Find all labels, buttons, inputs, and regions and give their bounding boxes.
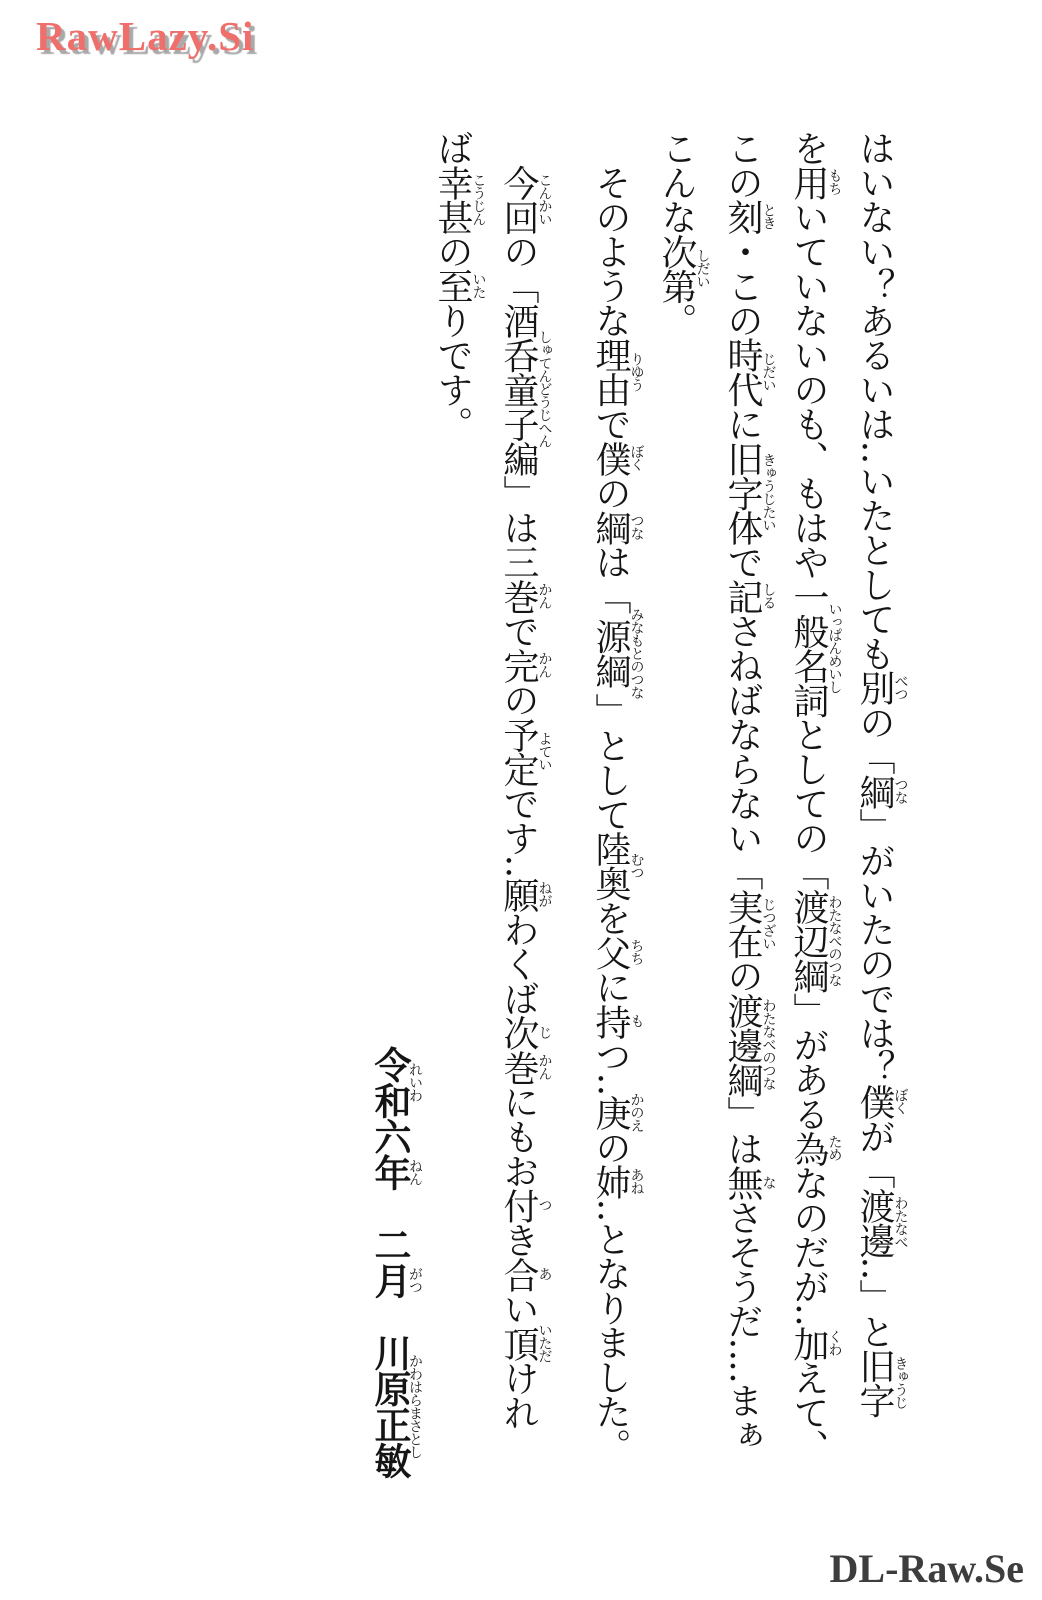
furigana: べつ xyxy=(893,670,908,705)
ruby-base: 巻かん xyxy=(499,1050,539,1085)
ruby-base: 今回こんかい xyxy=(499,165,539,234)
ruby-base: 実在じつざい xyxy=(723,889,763,958)
ruby-base: 合あ xyxy=(499,1257,539,1292)
ruby-base: 陸奥むつ xyxy=(591,831,631,900)
furigana: ため xyxy=(827,1131,842,1166)
furigana: しゅてんどうじへん xyxy=(537,303,552,476)
furigana: しる xyxy=(761,579,776,614)
furigana: こんかい xyxy=(537,165,552,234)
ruby-base: 記しる xyxy=(723,579,763,614)
ruby-base: 父ちち xyxy=(591,935,631,970)
ruby-base: 加くわ xyxy=(789,1326,829,1361)
ruby-base: 願ねが xyxy=(499,877,539,912)
ruby-base: 旧字きゅうじ xyxy=(855,1348,895,1417)
ruby-base: 為ため xyxy=(789,1131,829,1166)
ruby-base: 一般名詞いっぱんめいし xyxy=(789,579,829,717)
ruby-base: 綱つな xyxy=(591,510,631,545)
furigana: みなもとのつな xyxy=(629,608,644,699)
furigana: がつ xyxy=(407,1262,422,1298)
furigana: ちち xyxy=(629,935,644,970)
furigana: きゅうじたい xyxy=(761,441,776,545)
furigana: ぼく xyxy=(893,1084,908,1119)
ruby-base: 月がつ xyxy=(368,1262,409,1298)
furigana: じつざい xyxy=(761,889,776,958)
ruby-base: 次じ xyxy=(499,1015,539,1050)
furigana: ねん xyxy=(407,1154,422,1190)
ruby-base: 旧字体きゅうじたい xyxy=(723,441,763,545)
ruby-base: 幸甚こうじん xyxy=(433,165,473,234)
signature-column: 令和れいわ六年ねん 二月がつ 川原正敏かわはらまさとし xyxy=(352,1046,424,1546)
ruby-base: 令和れいわ xyxy=(368,1046,409,1118)
ruby-base: 姉あね xyxy=(591,1164,631,1199)
ruby-base: 僕ぼく xyxy=(591,441,631,476)
ruby-base: 庚かのえ xyxy=(591,1095,631,1130)
ruby-base: 付つ xyxy=(499,1188,539,1223)
ruby-base: 次第しだい xyxy=(657,234,697,303)
ruby-base: 年ねん xyxy=(368,1154,409,1190)
ruby-base: 別べつ xyxy=(855,670,895,705)
furigana: かのえ xyxy=(629,1093,644,1132)
furigana: きゅうじ xyxy=(893,1348,908,1417)
furigana: しだい xyxy=(695,234,710,303)
afterword-column-6: 今回こんかいの「酒呑童子編しゅてんどうじへん」は三巻かんで完かんの予定よていです… xyxy=(486,130,552,1530)
furigana: ねが xyxy=(537,877,552,912)
furigana: りゆう xyxy=(629,337,644,406)
ruby-base: 予定よてい xyxy=(499,717,539,786)
afterword-column-2: を用もちいていないのも、もはや一般名詞いっぱんめいしとしての「渡辺綱わたなべのつ… xyxy=(776,130,842,1530)
afterword-column-1: はいない？あるいは‥いたとしても別べつの「綱つな」がいたのでは？僕ぼくが「渡邊わ… xyxy=(842,130,908,1530)
afterword-text: はいない？あるいは‥いたとしても別べつの「綱つな」がいたのでは？僕ぼくが「渡邊わ… xyxy=(420,130,908,1530)
ruby-base: 至いた xyxy=(433,268,473,303)
furigana: じだい xyxy=(761,337,776,406)
ruby-base: 源綱みなもとのつな xyxy=(591,613,631,693)
furigana: よてい xyxy=(537,717,552,786)
furigana: もち xyxy=(827,165,842,200)
furigana: かん xyxy=(537,648,552,683)
ruby-base: 理由りゆう xyxy=(591,337,631,406)
furigana: むつ xyxy=(629,831,644,900)
ruby-base: 頂いただ xyxy=(499,1326,539,1361)
ruby-base: 持も xyxy=(591,1004,631,1039)
ruby-base: 完かん xyxy=(499,648,539,683)
furigana: わたなべのつな xyxy=(827,889,842,993)
afterword-column-7: ば幸甚こうじんの至いたりです。 xyxy=(420,130,486,1530)
furigana: こうじん xyxy=(471,165,486,234)
furigana: つな xyxy=(629,510,644,545)
furigana: いっぱんめいし xyxy=(827,579,842,717)
ruby-base: 巻かん xyxy=(499,579,539,614)
furigana: いただ xyxy=(537,1323,552,1362)
furigana: も xyxy=(629,1004,644,1039)
ruby-base: 無な xyxy=(723,1165,763,1200)
watermark-dlraw: DL-Raw.Se xyxy=(830,1545,1024,1592)
ruby-base: 刻とき xyxy=(723,199,763,234)
manga-afterword-page: RawLazy.Si はいない？あるいは‥いたとしても別べつの「綱つな」がいたの… xyxy=(0,0,1042,1600)
furigana: つ xyxy=(537,1188,552,1223)
ruby-base: 用もち xyxy=(789,165,829,200)
ruby-base: 僕ぼく xyxy=(855,1084,895,1119)
furigana: かわはらまさとし xyxy=(407,1334,422,1478)
furigana: つな xyxy=(893,774,908,809)
afterword-column-4: こんな次第しだい。 xyxy=(644,130,710,1530)
afterword-column-3: この刻とき・この時代じだいに旧字体きゅうじたいで記しるさねばならない「実在じつざ… xyxy=(710,130,776,1530)
furigana: くわ xyxy=(827,1326,842,1361)
furigana: あね xyxy=(629,1164,644,1199)
furigana: な xyxy=(761,1165,776,1200)
furigana: あ xyxy=(537,1257,552,1292)
ruby-base: 渡辺綱わたなべのつな xyxy=(789,889,829,993)
furigana: いた xyxy=(471,268,486,303)
ruby-base: 時代じだい xyxy=(723,337,763,406)
afterword-column-5: そのような理由りゆうで僕ぼくの綱つなは「源綱みなもとのつな」として陸奥むつを父ち… xyxy=(578,130,644,1530)
furigana: とき xyxy=(761,199,776,234)
furigana: じ xyxy=(537,1015,552,1050)
furigana: わたなべ xyxy=(893,1188,908,1257)
furigana: ぼく xyxy=(629,441,644,476)
ruby-base: 綱つな xyxy=(855,774,895,809)
watermark-rawlazy: RawLazy.Si xyxy=(36,12,254,60)
furigana: れいわ xyxy=(407,1046,422,1118)
ruby-base: 酒呑童子編しゅてんどうじへん xyxy=(499,303,539,476)
furigana: わたなべのつな xyxy=(761,993,776,1097)
furigana: かん xyxy=(537,579,552,614)
furigana: かん xyxy=(537,1050,552,1085)
ruby-base: 渡邊わたなべ xyxy=(855,1188,895,1257)
ruby-base: 川原正敏かわはらまさとし xyxy=(368,1334,409,1478)
ruby-base: 渡邊綱わたなべのつな xyxy=(723,993,763,1097)
